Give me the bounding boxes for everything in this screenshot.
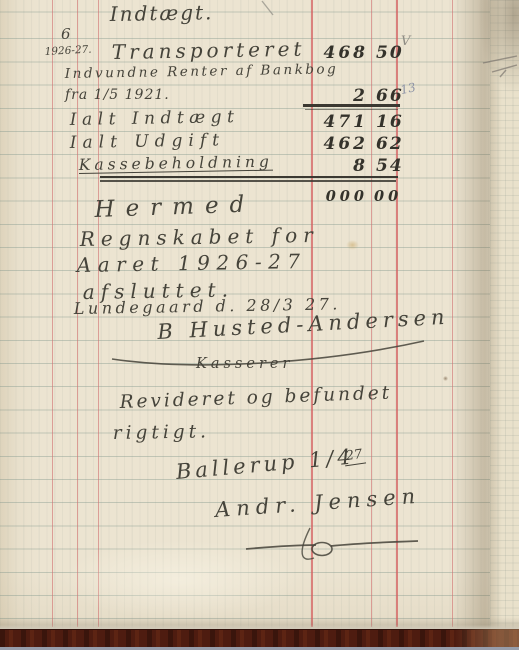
sum-rule-thin — [305, 109, 398, 110]
zero-balance-ore: 00 — [374, 188, 408, 205]
binding-strip — [0, 629, 519, 648]
closing-line-aaret: Aaret 1926-27 — [77, 249, 307, 277]
entry-amount-kr: 8 — [300, 156, 368, 176]
entry-amount-kr: 471 — [300, 112, 368, 132]
entry-amount-ore: 16 — [376, 112, 410, 132]
entry-amount-ore: 62 — [376, 134, 410, 154]
closing-rule-top — [100, 176, 398, 178]
zero-balance-kr: 000 — [300, 188, 368, 205]
entry-amount-ore: 54 — [376, 156, 410, 176]
red-rule-margin-1 — [52, 0, 53, 627]
entry-amount-kr: 468 — [300, 43, 368, 63]
closing-rule-bottom — [100, 180, 396, 182]
entry-amount-kr: 462 — [300, 134, 368, 154]
entry-label-renter-line2: fra 1/5 1921. — [65, 87, 170, 103]
ledger-book-scan: Indtægt. 6 1926-27. Transporteret 468 50… — [0, 0, 519, 650]
entry-label-transporteret: Transporteret — [112, 37, 306, 64]
closing-line-regnskabet: Regnskabet for — [80, 223, 319, 251]
paper-stain — [346, 240, 359, 250]
audit-line2: rigtigt. — [113, 421, 210, 444]
treasurer-title: Kasserer — [196, 356, 293, 372]
corner-shadow — [478, 0, 519, 95]
sum-rule-thick — [303, 104, 400, 107]
audit-year-superscript: 27 — [343, 447, 366, 467]
entry-label-ialt-indtaegt: Ialt Indtægt — [70, 107, 240, 130]
binding-end-highlight — [455, 629, 519, 647]
entry-label-kassebeholdning: Kassebeholdning — [79, 153, 273, 174]
pencil-checkmark: V — [401, 34, 410, 49]
margin-page-number: 6 — [61, 25, 71, 43]
margin-year: 1926-27. — [44, 44, 92, 58]
paper-blotch — [60, 540, 300, 620]
entry-label-ialt-udgift: Ialt Udgift — [70, 130, 226, 153]
paper-speck — [443, 376, 448, 381]
entry-amount-kr: 2 — [300, 86, 368, 106]
page-heading: Indtægt. — [110, 0, 214, 26]
